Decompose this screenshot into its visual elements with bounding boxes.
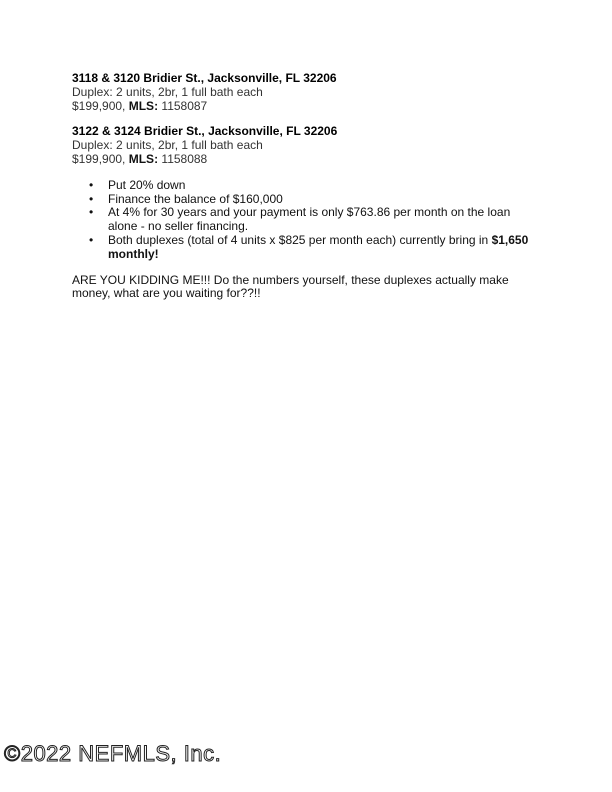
document-page: 3118 & 3120 Bridier St., Jacksonville, F… (72, 72, 542, 301)
closing-paragraph: ARE YOU KIDDING ME!!! Do the numbers you… (72, 274, 542, 302)
listing-address: 3122 & 3124 Bridier St., Jacksonville, F… (72, 125, 542, 139)
mls-label: MLS: (129, 99, 158, 113)
listing-description: Duplex: 2 units, 2br, 1 full bath each (72, 139, 542, 153)
listing-1: 3118 & 3120 Bridier St., Jacksonville, F… (72, 72, 542, 113)
bullet-item: Finance the balance of $160,000 (108, 193, 542, 207)
listing-2: 3122 & 3124 Bridier St., Jacksonville, F… (72, 125, 542, 166)
listing-price-line: $199,900, MLS: 1158087 (72, 100, 542, 114)
listing-description: Duplex: 2 units, 2br, 1 full bath each (72, 86, 542, 100)
bullet-item: Both duplexes (total of 4 units x $825 p… (108, 234, 542, 262)
investment-bullets: Put 20% down Finance the balance of $160… (72, 179, 542, 262)
bullet-item: At 4% for 30 years and your payment is o… (108, 206, 542, 234)
mls-label: MLS: (129, 152, 158, 166)
mls-number: 1158088 (161, 152, 207, 166)
listing-price: $199,900, (72, 152, 125, 166)
mls-number: 1158087 (161, 99, 207, 113)
copyright-watermark: ©2022 NEFMLS, Inc. (4, 741, 221, 767)
bullet-item: Put 20% down (108, 179, 542, 193)
listing-price: $199,900, (72, 99, 125, 113)
listing-price-line: $199,900, MLS: 1158088 (72, 153, 542, 167)
listing-address: 3118 & 3120 Bridier St., Jacksonville, F… (72, 72, 542, 86)
